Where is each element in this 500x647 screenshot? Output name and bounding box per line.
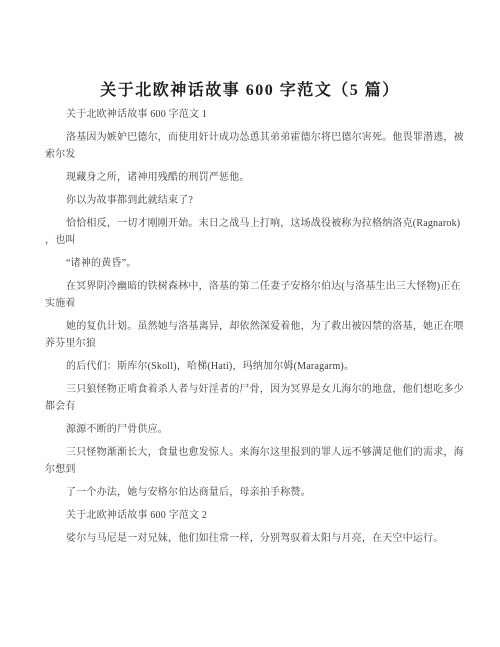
text-line: 实施着 (45, 295, 460, 312)
text-line: 关于北欧神话故事 600 字范文 1 (45, 106, 460, 123)
text-line: 关于北欧神话故事 600 字范文 2 (45, 507, 460, 524)
text-line: “诸神的黄昏”。 (45, 255, 460, 272)
document-body: 关于北欧神话故事 600 字范文 1洛基因为嫉妒巴德尔，而使用奸计成功怂恿其弟弟… (45, 106, 460, 547)
text-line: 都会有 (45, 398, 460, 415)
document-title: 关于北欧神话故事 600 字范文（5 篇） (0, 80, 500, 101)
text-line: 三只狼怪物正啃食着杀人者与奸淫者的尸骨，因为冥界是女儿海尔的地盘，他们想吃多少 (45, 381, 460, 398)
text-line: 索尔发 (45, 146, 460, 163)
text-line: 尔想到 (45, 461, 460, 478)
text-line: 洛基因为嫉妒巴德尔，而使用奸计成功怂恿其弟弟霍德尔将巴德尔害死。他畏罪潜逃，被 (45, 129, 460, 146)
text-line: 源源不断的尸骨供应。 (45, 421, 460, 438)
text-line: 养芬里尔狼 (45, 335, 460, 352)
text-line: 她的复仇计划。虽然她与洛基离异，却依然深爱着他，为了救出被囚禁的洛基，她正在喂 (45, 318, 460, 335)
text-line: ，也叫 (45, 232, 460, 249)
text-line: 在冥界阴冷幽暗的铁树森林中，洛基的第二任妻子安格尔伯达(与洛基生出三大怪物)正在 (45, 278, 460, 295)
text-line: 娑尔与马尼是一对兄妹，他们如往常一样，分别驾驭着太阳与月亮，在天空中运行。 (45, 530, 460, 547)
text-line: 恰恰相反，一切才刚刚开始。末日之战马上打响，这场战役被称为拉格纳洛克(Ragna… (45, 215, 460, 232)
document-page: 关于北欧神话故事 600 字范文（5 篇） 关于北欧神话故事 600 字范文 1… (0, 0, 500, 647)
text-line: 你以为故事都到此就结束了? (45, 192, 460, 209)
text-line: 现藏身之所，诸神用残酷的刑罚严惩他。 (45, 169, 460, 186)
text-line: 三只怪物渐渐长大，食量也愈发惊人。来海尔这里报到的罪人远不够满足他们的需求，海 (45, 444, 460, 461)
text-line: 了一个办法，她与安格尔伯达商量后，母亲拍手称赞。 (45, 484, 460, 501)
text-line: 的后代们：斯库尔(Skoll)，哈梯(Hati)，玛纳加尔姆(Maragarm)… (45, 358, 460, 375)
